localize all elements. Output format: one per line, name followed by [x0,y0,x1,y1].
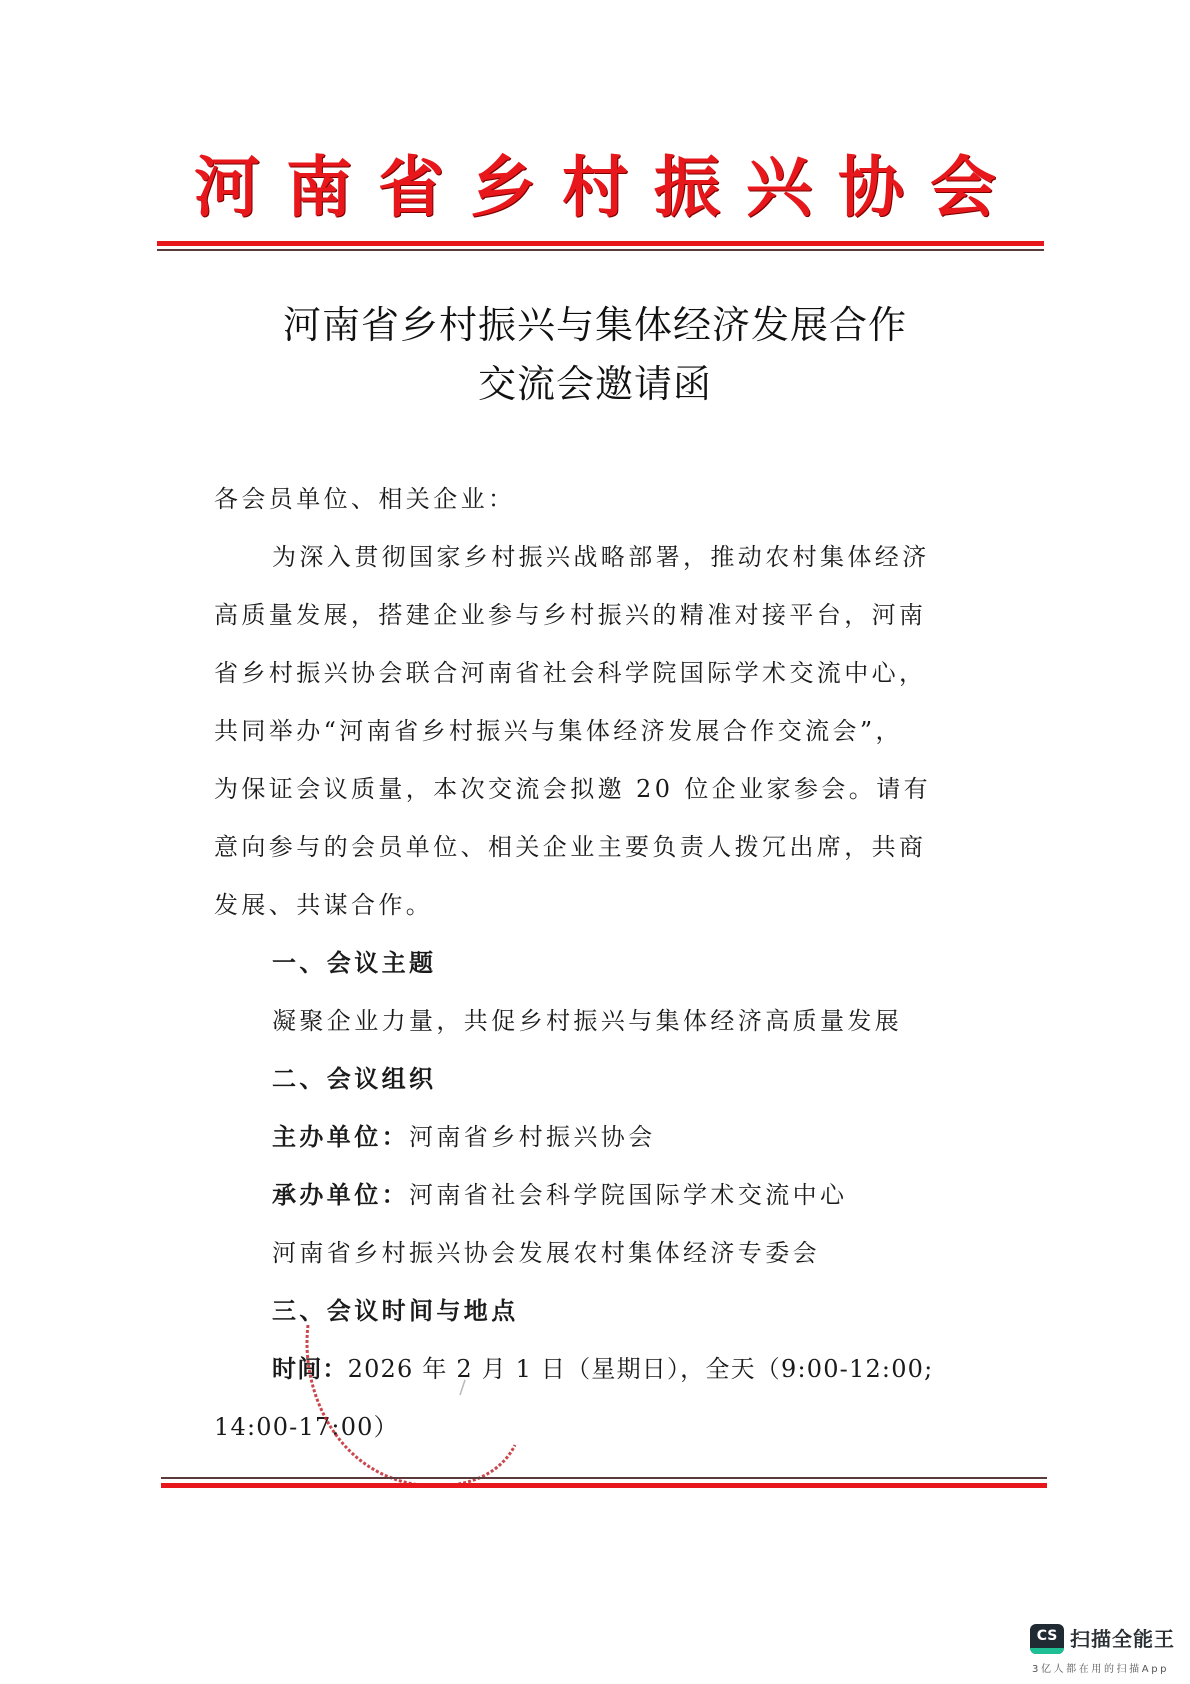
salutation: 各会员单位、相关企业： [214,470,994,528]
organizer-value: 河南省社会科学院国际学术交流中心 [409,1181,847,1209]
section-1-content: 凝聚企业力量，共促乡村振兴与集体经济高质量发展 [272,992,902,1050]
host-row: 主办单位：河南省乡村振兴协会 [272,1108,656,1166]
scanner-watermark: CS 扫描全能王 3亿人都在用的扫描App [1030,1622,1180,1680]
section-1-heading: 一、会议主题 [272,934,436,992]
intro-line-4: 共同举办“河南省乡村振兴与集体经济发展合作交流会”， [214,702,994,760]
organizer-label: 承办单位： [272,1180,409,1209]
intro-line-1: 为深入贯彻国家乡村振兴战略部署，推动农村集体经济 [272,528,930,586]
intro-line-7: 发展、共谋合作。 [214,876,994,934]
header-rule-dark [157,249,1044,251]
watermark-tagline: 3亿人都在用的扫描App [1032,1660,1169,1675]
org-header-title: 河南省乡村振兴协会 [0,150,1190,226]
camscanner-logo-icon: CS [1030,1624,1064,1654]
header-rule-red [157,241,1044,246]
section-2-heading: 二、会议组织 [272,1050,436,1108]
organizer-value-2: 河南省乡村振兴协会发展农村集体经济专委会 [272,1224,820,1282]
footer-rule-dark [161,1477,1047,1479]
document-title-line1: 河南省乡村振兴与集体经济发展合作 [0,296,1190,354]
logo-text: CS [1037,1628,1058,1644]
intro-line-6: 意向参与的会员单位、相关企业主要负责人拨冗出席，共商 [214,818,994,876]
time-value-line2: 14:00-17:00） [214,1398,994,1456]
organizer-row: 承办单位：河南省社会科学院国际学术交流中心 [272,1166,847,1224]
host-label: 主办单位： [272,1122,409,1151]
intro-line-2: 高质量发展，搭建企业参与乡村振兴的精准对接平台，河南 [214,586,994,644]
watermark-app-name: 扫描全能王 [1070,1622,1175,1656]
intro-line-5: 为保证会议质量，本次交流会拟邀 20 位企业家参会。请有 [214,760,994,818]
time-label: 时间： [272,1354,348,1383]
time-value-line1: 2026 年 2 月 1 日（星期日），全天（9:00-12:00; [348,1355,934,1383]
footer-rule-red [161,1483,1047,1488]
intro-line-3: 省乡村振兴协会联合河南省社会科学院国际学术交流中心， [214,644,994,702]
time-row: 时间：2026 年 2 月 1 日（星期日），全天（9:00-12:00; [272,1340,933,1398]
document-title-line2: 交流会邀请函 [0,355,1190,413]
section-3-heading: 三、会议时间与地点 [272,1282,519,1340]
host-value: 河南省乡村振兴协会 [409,1123,656,1151]
